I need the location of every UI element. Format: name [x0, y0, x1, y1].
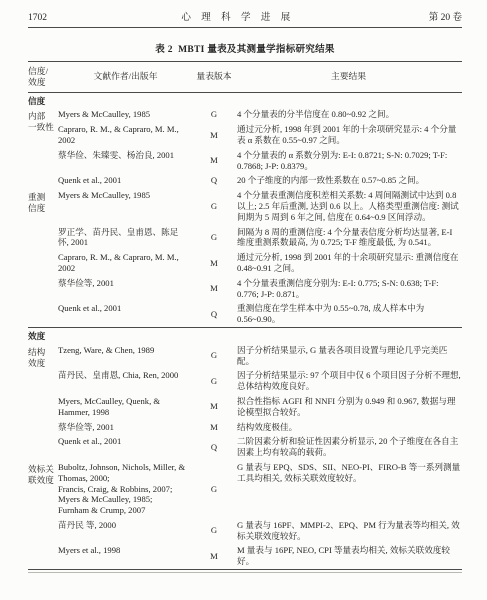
section-row: 信度: [28, 92, 462, 107]
section-row: 效度: [28, 327, 462, 342]
scale-version-cell: G: [193, 368, 235, 394]
authors-cell: Tzeng, Ware, & Chen, 1989: [58, 343, 193, 369]
volume-label: 第 20 卷: [429, 12, 462, 24]
table-row: Myers et al., 1998MM 量表与 16PF, NEO, CPI …: [28, 543, 462, 569]
table-row: 重测 信度Myers & McCaulley, 1985G4 个分量表重测信度积…: [28, 188, 462, 224]
group-label: 效标关 联效度: [28, 460, 58, 570]
authors-cell: Myers, McCaulley, Quenk, & Hammer, 1998: [58, 394, 193, 420]
main-result-cell: 重测信度在学生样本中为 0.55~0.78, 成人样本中为 0.56~0.90。: [235, 301, 462, 327]
scale-version-cell: Q: [193, 173, 235, 188]
table-row: 结构 效度Tzeng, Ware, & Chen, 1989G因子分析结果显示,…: [28, 343, 462, 369]
page-number: 1702: [28, 12, 47, 24]
main-result-cell: 通过元分析, 1998 到 2001 年的十余项研究显示: 重测信度在 0.48…: [235, 250, 462, 276]
group-label: 内部 一致性: [28, 107, 58, 188]
main-result-cell: 4 个分量表的 α 系数分别为: E-I: 0.8721; S-N: 0.702…: [235, 148, 462, 174]
main-result-cell: 结构效度极佳。: [235, 420, 462, 435]
main-result-cell: 4 个分量表重测信度积差相关系数: 4 周间隔测试中达到 0.8 以上; 2.5…: [235, 188, 462, 224]
scale-version-cell: M: [193, 250, 235, 276]
table-header-row: 信度/ 效度 文献作者/出版年 量表版本 主要结果: [28, 62, 462, 93]
section-label: 效度: [28, 327, 462, 342]
main-result-cell: 因子分析结果显示, G 量表各项目设置与理论几乎完美匹配。: [235, 343, 462, 369]
journal-page: 1702 心 理 科 学 进 展 第 20 卷 表 2 MBTI 量表及其测量学…: [0, 0, 487, 600]
table-row: Quenk et al., 2001Q重测信度在学生样本中为 0.55~0.78…: [28, 301, 462, 327]
scale-version-cell: G: [193, 188, 235, 224]
scale-version-cell: Q: [193, 434, 235, 460]
authors-cell: Quenk et al., 2001: [58, 434, 193, 460]
table-title: 表 2 MBTI 量表及其测量学指标研究结果: [28, 41, 462, 55]
main-result-cell: 拟合性指标 AGFI 和 NNFI 分别为 0.949 和 0.967, 数据与…: [235, 394, 462, 420]
main-result-cell: 二阶因素分析和验证性因素分析显示, 20 个子维度在各自主因素上均有较高的载荷。: [235, 434, 462, 460]
table-row: 蔡华俭等, 2001M4 个分量表重测信度分别为: E-I: 0.775; S-…: [28, 276, 462, 302]
authors-cell: 苗丹民 等, 2000: [58, 518, 193, 544]
authors-cell: Myers & McCaulley, 1985: [58, 188, 193, 224]
scale-version-cell: G: [193, 343, 235, 369]
scale-version-cell: Q: [193, 301, 235, 327]
group-label: 重测 信度: [28, 188, 58, 327]
column-header-reliability-validity: 信度/ 效度: [28, 62, 58, 93]
main-result-cell: M 量表与 16PF, NEO, CPI 等量表均相关, 效标关联效度较好。: [235, 543, 462, 569]
scale-version-cell: G: [193, 518, 235, 544]
table-row: Quenk et al., 2001Q二阶因素分析和验证性因素分析显示, 20 …: [28, 434, 462, 460]
table-row: 效标关 联效度Buboltz, Johnson, Nichols, Miller…: [28, 460, 462, 518]
group-label: 结构 效度: [28, 343, 58, 460]
authors-cell: Myers & McCaulley, 1985: [58, 107, 193, 122]
main-result-cell: G 量表与 EPQ、SDS、SII、NEO-PI、FIRO-B 等一系列测量工具…: [235, 460, 462, 518]
scale-version-cell: M: [193, 543, 235, 569]
table-row: Quenk et al., 2001Q20 个子维度的内部一致性系数在 0.57…: [28, 173, 462, 188]
authors-cell: Quenk et al., 2001: [58, 173, 193, 188]
table-row: 苗丹民、皇甫恩, Chia, Ren, 2000G因子分析结果显示: 97 个项…: [28, 368, 462, 394]
scale-version-cell: M: [193, 122, 235, 148]
table-row: 蔡华俭等, 2001M结构效度极佳。: [28, 420, 462, 435]
column-header-scale-version: 量表版本: [193, 62, 235, 93]
main-result-cell: G 量表与 16PF、MMPI-2、EPQ、PM 行为量表等均相关, 效标关联效…: [235, 518, 462, 544]
main-result-cell: 因子分析结果显示: 97 个项目中仅 6 个项目因子分析不理想, 总体结构效度良…: [235, 368, 462, 394]
page-header: 1702 心 理 科 学 进 展 第 20 卷: [28, 12, 462, 24]
authors-cell: 蔡华俭等, 2001: [58, 276, 193, 302]
table-bottom-rule: [28, 572, 462, 573]
table-row: Capraro, R. M., & Capraro, M. M., 2002M通…: [28, 250, 462, 276]
table-row: 苗丹民 等, 2000GG 量表与 16PF、MMPI-2、EPQ、PM 行为量…: [28, 518, 462, 544]
main-result-cell: 通过元分析, 1998 年到 2001 年的十余项研究显示: 4 个分量表 α …: [235, 122, 462, 148]
table-row: 内部 一致性Myers & McCaulley, 1985G4 个分量表的分半信…: [28, 107, 462, 122]
authors-cell: 苗丹民、皇甫恩, Chia, Ren, 2000: [58, 368, 193, 394]
authors-cell: Myers et al., 1998: [58, 543, 193, 569]
table-row: Myers, McCaulley, Quenk, & Hammer, 1998M…: [28, 394, 462, 420]
authors-cell: Quenk et al., 2001: [58, 301, 193, 327]
authors-cell: Capraro, R. M., & Capraro, M. M., 2002: [58, 122, 193, 148]
main-result-cell: 4 个分量表重测信度分别为: E-I: 0.775; S-N: 0.638; T…: [235, 276, 462, 302]
scale-version-cell: M: [193, 420, 235, 435]
authors-cell: 蔡华俭、朱臻雯、杨治良, 2001: [58, 148, 193, 174]
scale-version-cell: M: [193, 276, 235, 302]
scale-version-cell: G: [193, 107, 235, 122]
scale-version-cell: G: [193, 225, 235, 251]
scale-version-cell: M: [193, 148, 235, 174]
column-header-main-results: 主要结果: [235, 62, 462, 93]
column-header-authors: 文献作者/出版年: [58, 62, 193, 93]
main-result-cell: 20 个子维度的内部一致性系数在 0.57~0.85 之间。: [235, 173, 462, 188]
section-label: 信度: [28, 92, 462, 107]
authors-cell: 罗正学、苗丹民、皇甫恩、陈足怀, 2001: [58, 225, 193, 251]
table-row: Capraro, R. M., & Capraro, M. M., 2002M通…: [28, 122, 462, 148]
table-body: 信度内部 一致性Myers & McCaulley, 1985G4 个分量表的分…: [28, 92, 462, 569]
table-row: 罗正学、苗丹民、皇甫恩、陈足怀, 2001G间隔为 8 周的重测信度: 4 个分…: [28, 225, 462, 251]
table-row: 蔡华俭、朱臻雯、杨治良, 2001M4 个分量表的 α 系数分别为: E-I: …: [28, 148, 462, 174]
authors-cell: Buboltz, Johnson, Nichols, Miller, & Tho…: [58, 460, 193, 518]
scale-version-cell: M: [193, 394, 235, 420]
main-result-cell: 间隔为 8 周的重测信度: 4 个分量表信度分析均达显著, E-I 维度重测系数…: [235, 225, 462, 251]
authors-cell: 蔡华俭等, 2001: [58, 420, 193, 435]
journal-name: 心 理 科 学 进 展: [181, 12, 294, 24]
mbti-results-table: 信度/ 效度 文献作者/出版年 量表版本 主要结果 信度内部 一致性Myers …: [28, 61, 462, 570]
authors-cell: Capraro, R. M., & Capraro, M. M., 2002: [58, 250, 193, 276]
header-rule: [28, 27, 462, 28]
main-result-cell: 4 个分量表的分半信度在 0.80~0.92 之间。: [235, 107, 462, 122]
scale-version-cell: G: [193, 460, 235, 518]
